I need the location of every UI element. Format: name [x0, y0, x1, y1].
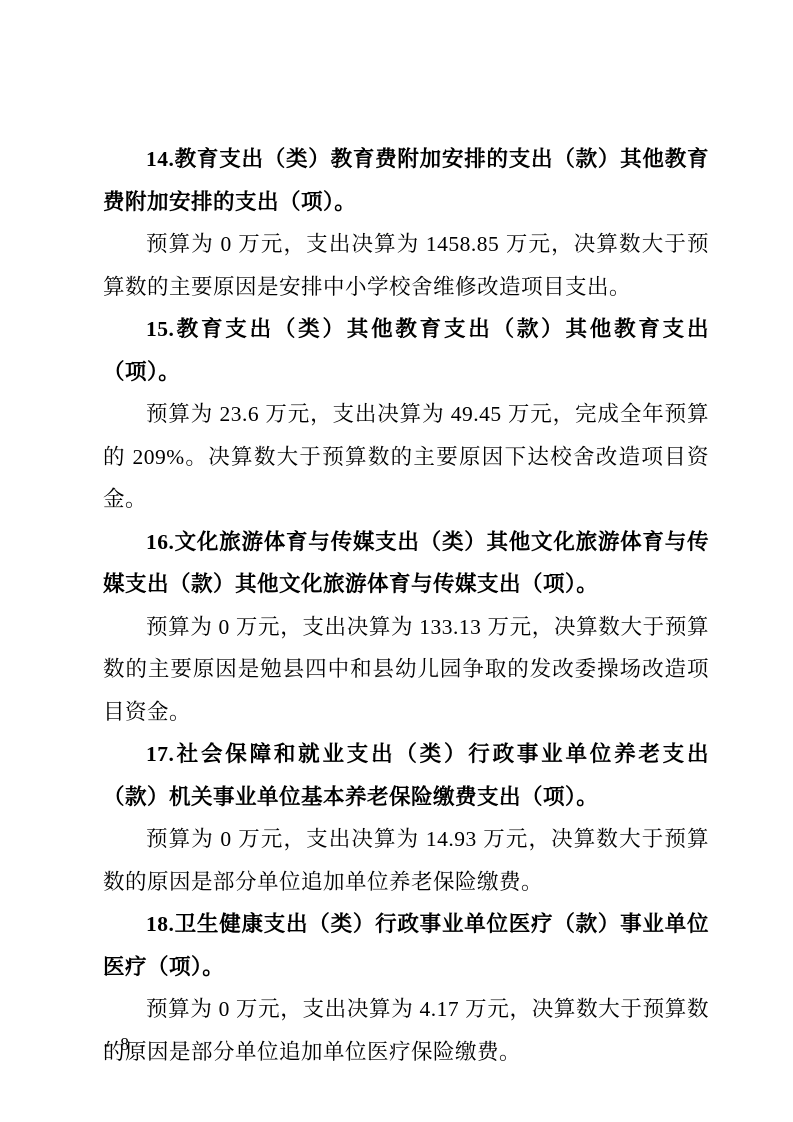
section-18: 18.卫生健康支出（类）行政事业单位医疗（款）事业单位医疗（项）。 预算为 0 … — [103, 903, 709, 1073]
section-14: 14.教育支出（类）教育费附加安排的支出（款）其他教育费附加安排的支出（项）。 … — [103, 138, 709, 308]
section-18-body: 预算为 0 万元，支出决算为 4.17 万元，决算数大于预算数的原因是部分单位追… — [103, 988, 709, 1073]
section-17-heading: 17.社会保障和就业支出（类）行政事业单位养老支出（款）机关事业单位基本养老保险… — [103, 733, 709, 818]
section-18-heading: 18.卫生健康支出（类）行政事业单位医疗（款）事业单位医疗（项）。 — [103, 903, 709, 988]
section-16: 16.文化旅游体育与传媒支出（类）其他文化旅游体育与传媒支出（款）其他文化旅游体… — [103, 521, 709, 734]
page-number: - 8 - — [104, 1031, 148, 1057]
section-15: 15.教育支出（类）其他教育支出（款）其他教育支出（项）。 预算为 23.6 万… — [103, 308, 709, 521]
document-page: 14.教育支出（类）教育费附加安排的支出（款）其他教育费附加安排的支出（项）。 … — [0, 0, 793, 1122]
section-17: 17.社会保障和就业支出（类）行政事业单位养老支出（款）机关事业单位基本养老保险… — [103, 733, 709, 903]
section-17-body: 预算为 0 万元，支出决算为 14.93 万元，决算数大于预算数的原因是部分单位… — [103, 818, 709, 903]
document-body: 14.教育支出（类）教育费附加安排的支出（款）其他教育费附加安排的支出（项）。 … — [103, 138, 709, 1073]
section-16-body: 预算为 0 万元，支出决算为 133.13 万元，决算数大于预算数的主要原因是勉… — [103, 606, 709, 734]
section-15-body: 预算为 23.6 万元，支出决算为 49.45 万元，完成全年预算的 209%。… — [103, 393, 709, 521]
section-14-body: 预算为 0 万元，支出决算为 1458.85 万元，决算数大于预算数的主要原因是… — [103, 223, 709, 308]
section-14-heading: 14.教育支出（类）教育费附加安排的支出（款）其他教育费附加安排的支出（项）。 — [103, 138, 709, 223]
section-15-heading: 15.教育支出（类）其他教育支出（款）其他教育支出（项）。 — [103, 308, 709, 393]
section-16-heading: 16.文化旅游体育与传媒支出（类）其他文化旅游体育与传媒支出（款）其他文化旅游体… — [103, 521, 709, 606]
